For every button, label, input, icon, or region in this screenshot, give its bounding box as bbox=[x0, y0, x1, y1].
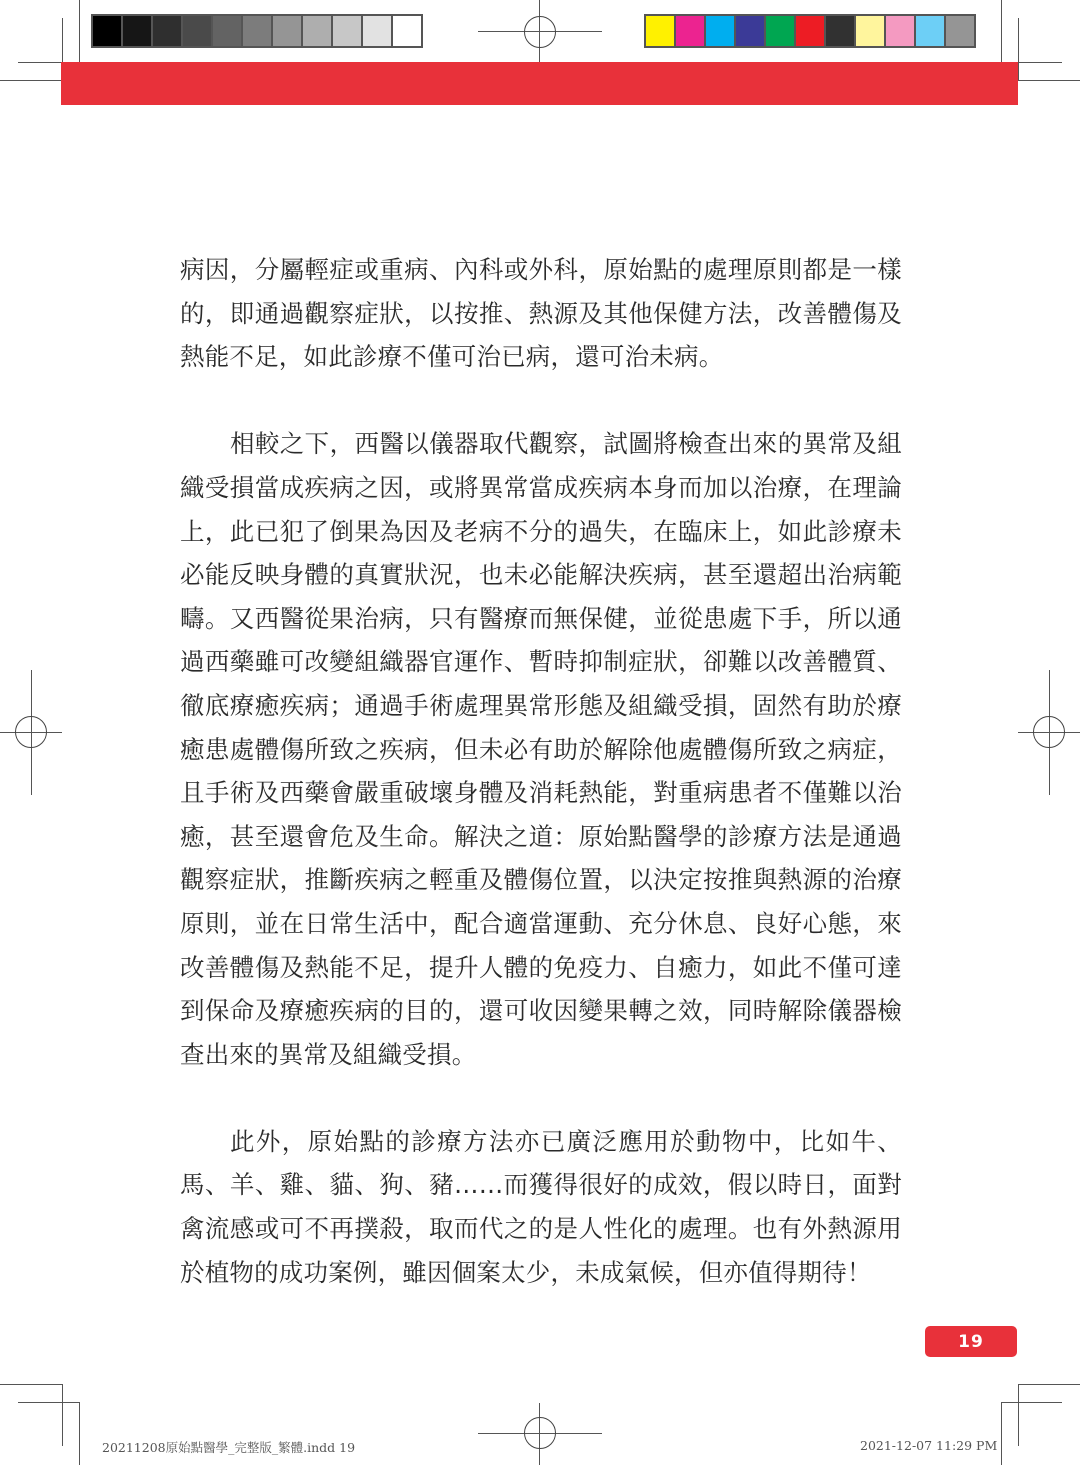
color-swatch bbox=[706, 16, 734, 46]
color-swatch bbox=[826, 16, 854, 46]
header-band bbox=[61, 62, 1018, 105]
process-color-bar bbox=[644, 14, 976, 48]
color-swatch bbox=[946, 16, 974, 46]
color-swatch bbox=[213, 16, 241, 46]
color-swatch bbox=[736, 16, 764, 46]
color-swatch bbox=[856, 16, 884, 46]
color-swatch bbox=[886, 16, 914, 46]
page-body: 病因，分屬輕症或重病、內科或外科，原始點的處理原則都是一樣的，即通過觀察症狀，以… bbox=[180, 248, 902, 1294]
color-swatch bbox=[93, 16, 121, 46]
color-swatch bbox=[916, 16, 944, 46]
color-swatch bbox=[183, 16, 211, 46]
color-swatch bbox=[646, 16, 674, 46]
page-number: 19 bbox=[958, 1332, 984, 1352]
color-swatch bbox=[393, 16, 421, 46]
color-swatch bbox=[363, 16, 391, 46]
color-swatch bbox=[766, 16, 794, 46]
paragraph-2: 相較之下，西醫以儀器取代觀察，試圖將檢查出來的異常及組織受損當成疾病之因，或將異… bbox=[180, 422, 902, 1076]
color-swatch bbox=[333, 16, 361, 46]
color-swatch bbox=[273, 16, 301, 46]
slug-filename: 20211208原始點醫學_完整版_繁體.indd 19 bbox=[102, 1438, 355, 1456]
page-number-badge: 19 bbox=[925, 1326, 1017, 1357]
color-swatch bbox=[303, 16, 331, 46]
color-swatch bbox=[676, 16, 704, 46]
color-swatch bbox=[796, 16, 824, 46]
color-swatch bbox=[243, 16, 271, 46]
paragraph-1: 病因，分屬輕症或重病、內科或外科，原始點的處理原則都是一樣的，即通過觀察症狀，以… bbox=[180, 248, 902, 379]
slug-timestamp: 2021-12-07 11:29 PM bbox=[860, 1438, 997, 1453]
paragraph-3: 此外，原始點的診療方法亦已廣泛應用於動物中，比如牛、馬、羊、雞、貓、狗、豬……而… bbox=[180, 1120, 902, 1294]
grayscale-color-bar bbox=[91, 14, 423, 48]
color-swatch bbox=[123, 16, 151, 46]
color-swatch bbox=[153, 16, 181, 46]
